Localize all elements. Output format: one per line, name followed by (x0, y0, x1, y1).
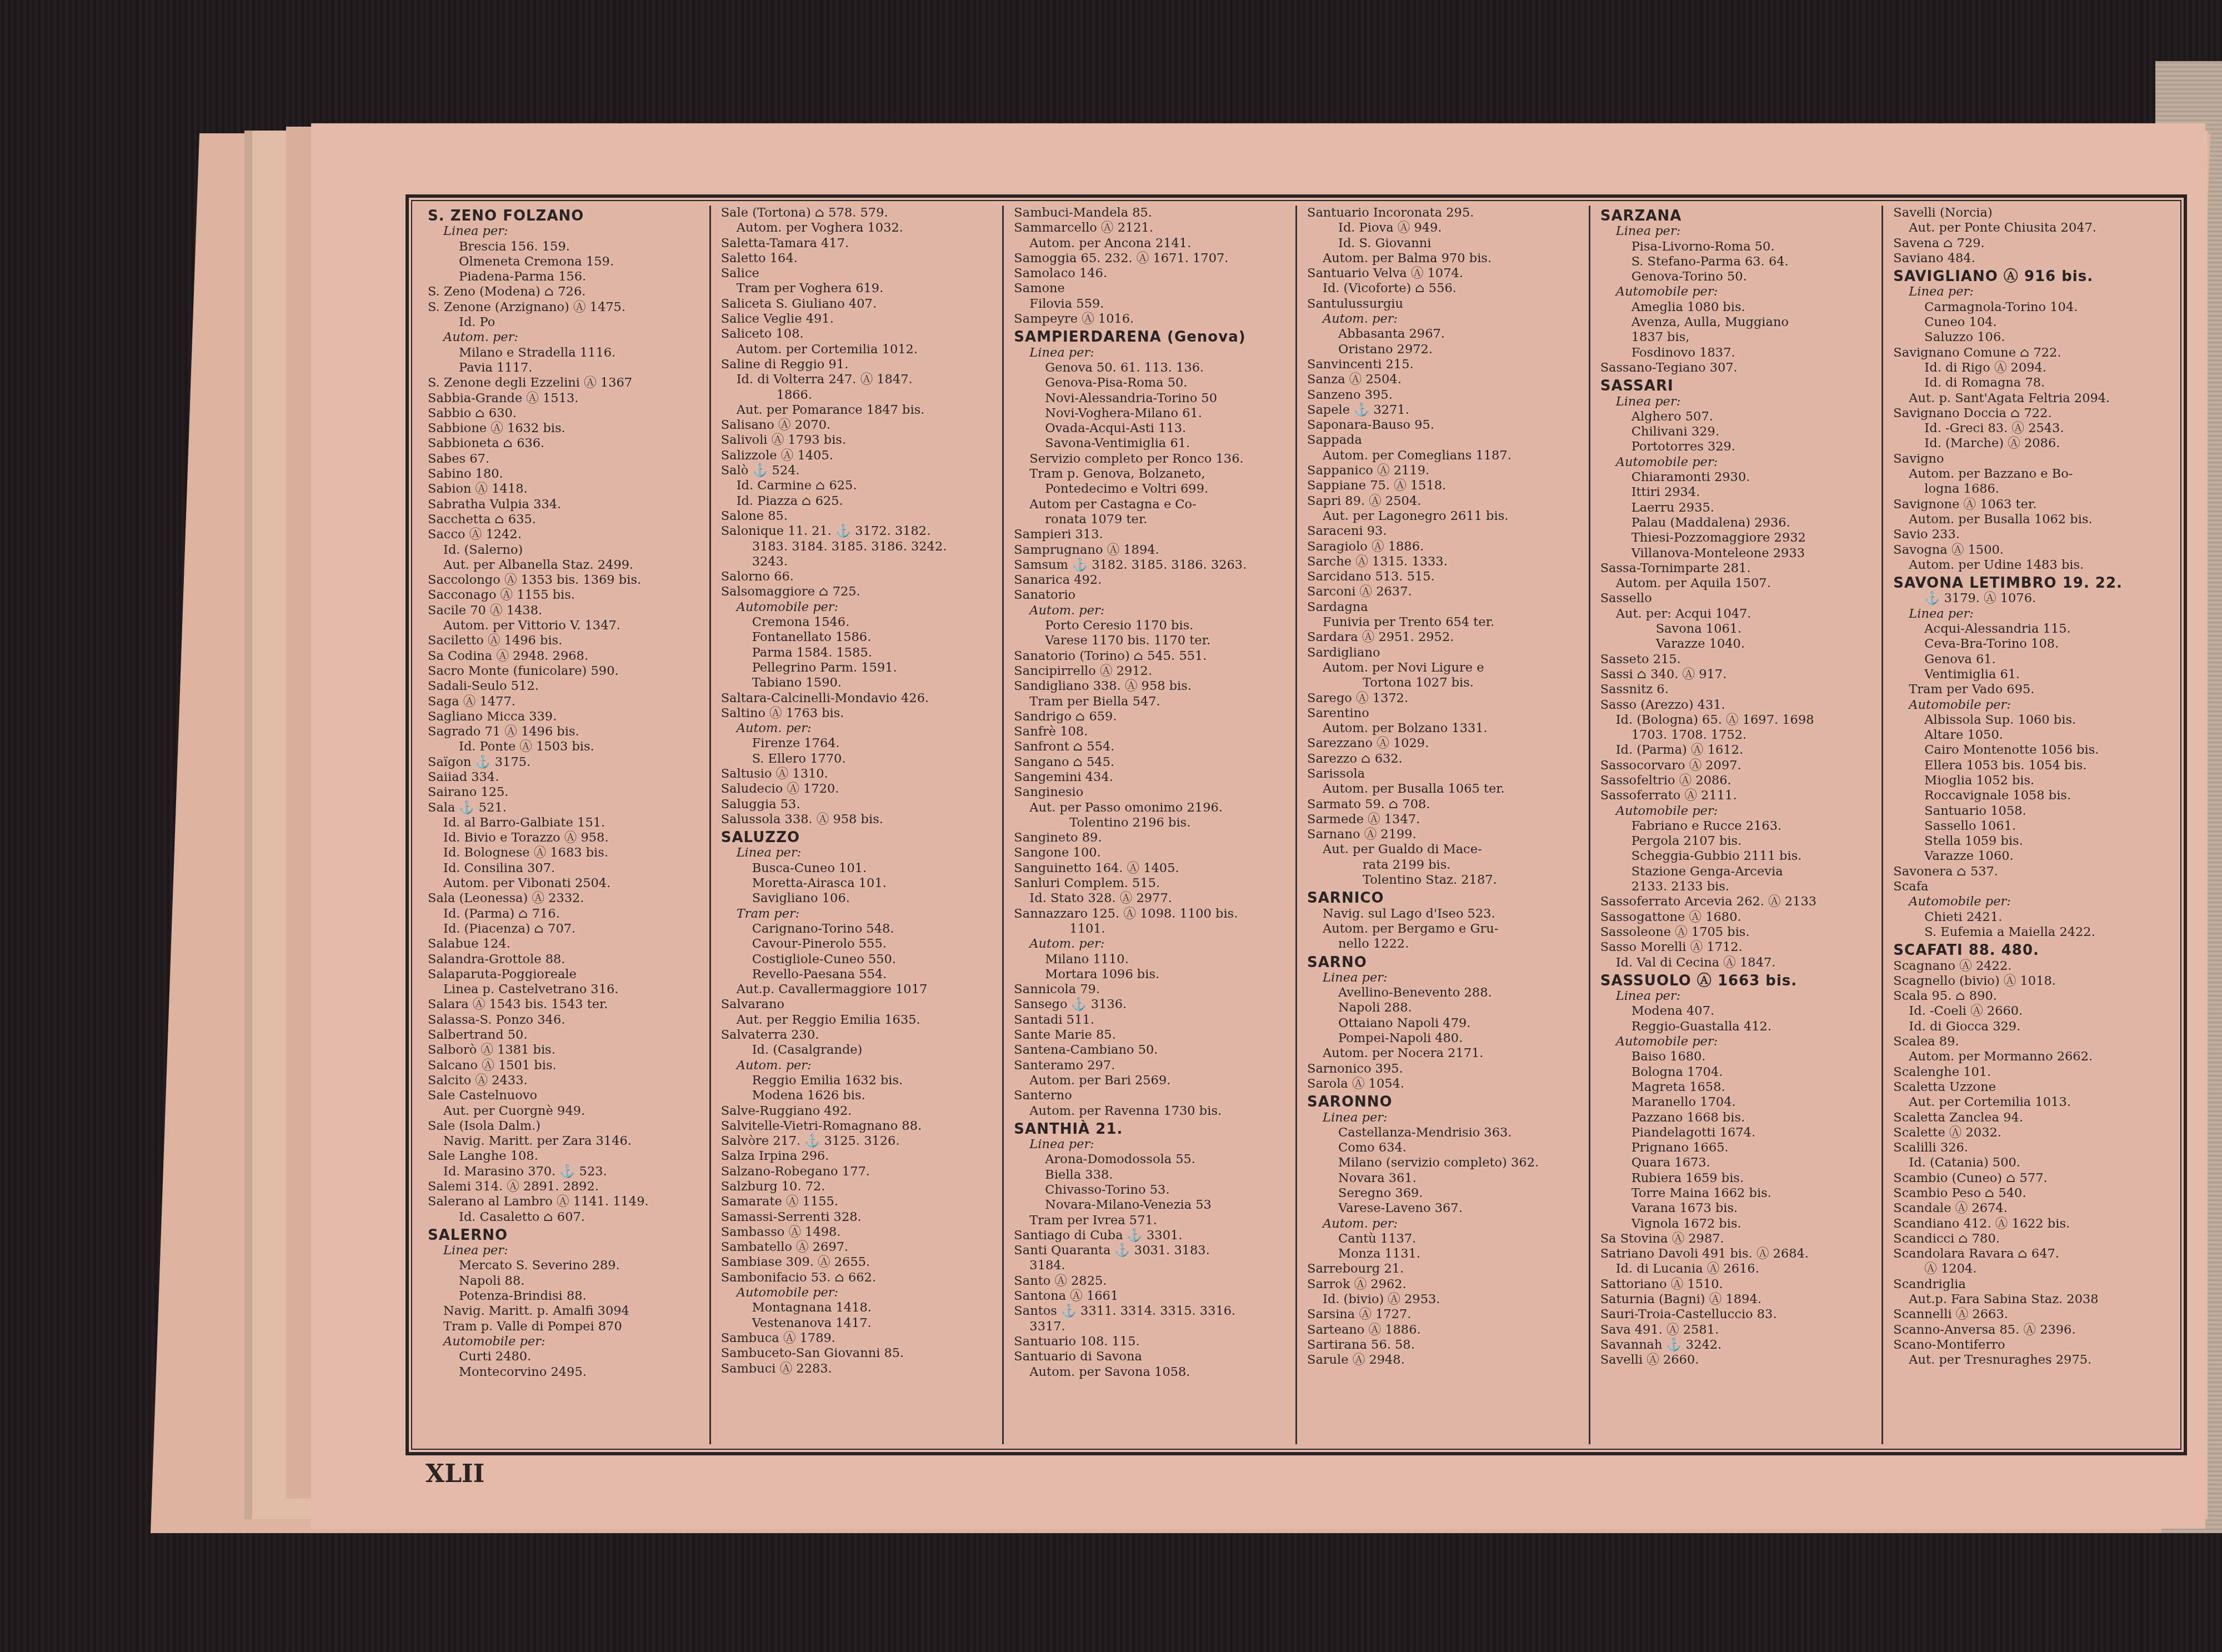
index-entry: Sadali-Seulo 512. (428, 679, 704, 694)
index-entry: Tabiano 1590. (721, 675, 997, 690)
index-entry: Salassa-S. Ponzo 346. (428, 1013, 704, 1028)
index-entry: Varese 1170 bis. 1170 ter. (1014, 633, 1290, 648)
index-entry: Id. di Romagna 78. (1893, 376, 2169, 391)
index-entry: Sacro Monte (funicolare) 590. (428, 664, 704, 679)
index-entry: S. Ellero 1770. (721, 752, 997, 767)
index-entry: Id. -Coeli Ⓐ 2660. (1893, 1004, 2169, 1019)
index-entry: Scandicci ⌂ 780. (1893, 1232, 2169, 1246)
index-entry: Autom. per: (1307, 312, 1583, 327)
index-entry: 3243. (721, 554, 997, 569)
index-entry: 3184. (1014, 1258, 1290, 1273)
index-entry: Savigliano 106. (721, 891, 997, 906)
index-entry: Automobile per: (1600, 804, 1876, 819)
index-entry: Chiaramonti 2930. (1600, 470, 1876, 485)
index-entry: Sabbio ⌂ 630. (428, 406, 704, 421)
section-heading: SALERNO (428, 1228, 704, 1243)
index-entry: Sale Castelnuovo (428, 1088, 704, 1103)
index-entry: Linea per: (721, 845, 997, 860)
index-entry: Tram p. Genova, Bolzaneto, (1014, 467, 1290, 482)
index-entry: Scandale Ⓐ 2674. (1893, 1201, 2169, 1216)
index-entry: Sanfront ⌂ 554. (1014, 739, 1290, 754)
section-heading: SALUZZO (721, 830, 997, 845)
index-entry: Linea per: (1893, 284, 2169, 299)
index-entry: Chieti 2421. (1893, 910, 2169, 925)
index-entry: Sarnano Ⓐ 2199. (1307, 827, 1583, 842)
index-entry: Saga Ⓐ 1477. (428, 694, 704, 709)
index-entry: Salzburg 10. 72. (721, 1179, 997, 1194)
index-entry: Id. al Barro-Galbiate 151. (428, 815, 704, 830)
index-entry: Quara 1673. (1600, 1155, 1876, 1170)
index-column-4: Santuario Incoronata 295.Id. Piova Ⓐ 949… (1295, 206, 1589, 1444)
index-entry: Sacchetta ⌂ 635. (428, 512, 704, 527)
index-entry: Santi Quaranta ⚓ 3031. 3183. (1014, 1243, 1290, 1258)
index-entry: Novi-Alessandria-Torino 50 (1014, 391, 1290, 406)
index-entry: Santiago di Cuba ⚓ 3301. (1014, 1228, 1290, 1243)
index-columns: S. ZENO FOLZANOLinea per:Brescia 156. 15… (418, 206, 2175, 1444)
index-entry: Saviano 484. (1893, 251, 2169, 266)
index-entry: Sale Langhe 108. (428, 1149, 704, 1164)
index-entry: Autom. per Bolzano 1331. (1307, 721, 1583, 736)
index-entry: Sambonifacio 53. ⌂ 662. (721, 1270, 997, 1285)
index-entry: Funivia per Trento 654 ter. (1307, 615, 1583, 630)
index-entry: Sarcidano 513. 515. (1307, 569, 1583, 584)
index-entry: Albissola Sup. 1060 bis. (1893, 713, 2169, 728)
index-entry: Aut. per: Acqui 1047. (1600, 607, 1876, 622)
index-entry: Salvitelle-Vietri-Romagnano 88. (721, 1119, 997, 1134)
index-entry: Salbertrand 50. (428, 1028, 704, 1043)
index-entry: Salerano al Lambro Ⓐ 1141. 1149. (428, 1194, 704, 1209)
index-entry: Aut. per Albanella Staz. 2499. (428, 558, 704, 573)
index-entry: Moretta-Airasca 101. (721, 876, 997, 891)
index-entry: Genova-Torino 50. (1600, 269, 1876, 284)
index-entry: Salara Ⓐ 1543 bis. 1543 ter. (428, 997, 704, 1012)
index-entry: Salcano Ⓐ 1501 bis. (428, 1058, 704, 1073)
index-entry: Autom. per Bazzano e Bo- (1893, 467, 2169, 482)
index-entry: Magreta 1658. (1600, 1080, 1876, 1095)
index-entry: Ameglia 1080 bis. (1600, 300, 1876, 315)
index-entry: Id. (Vicoforte) ⌂ 556. (1307, 281, 1583, 296)
index-entry: Maranello 1704. (1600, 1095, 1876, 1110)
index-entry: Sa Stovina Ⓐ 2987. (1600, 1232, 1876, 1246)
index-entry: Sambuca Ⓐ 1789. (721, 1331, 997, 1346)
index-entry: Torre Maina 1662 bis. (1600, 1186, 1876, 1201)
index-entry: Savona 1061. (1600, 622, 1876, 637)
index-entry: Sasso Morelli Ⓐ 1712. (1600, 940, 1876, 955)
index-entry: Sanvincenti 215. (1307, 357, 1583, 372)
index-entry: Id. Carmine ⌂ 625. (721, 478, 997, 493)
index-entry: Savio 233. (1893, 527, 2169, 542)
index-entry: 1703. 1708. 1752. (1600, 728, 1876, 743)
index-entry: Salonique 11. 21. ⚓ 3172. 3182. (721, 524, 997, 539)
index-entry: Cantù 1137. (1307, 1232, 1583, 1246)
index-entry: Automobile per: (1600, 284, 1876, 299)
index-entry: Aut.p. Cavallermaggiore 1017 (721, 982, 997, 997)
index-entry: Sartirana 56. 58. (1307, 1338, 1583, 1353)
index-entry: nello 1222. (1307, 937, 1583, 952)
index-entry: Satriano Davoli 491 bis. Ⓐ 2684. (1600, 1246, 1876, 1261)
index-entry: S. Zeno (Modena) ⌂ 726. (428, 284, 704, 299)
index-entry: Autom. per Vibonati 2504. (428, 876, 704, 891)
index-entry: Saïgon ⚓ 3175. (428, 755, 704, 770)
index-entry: Napoli 288. (1307, 1000, 1583, 1015)
index-entry: Scaletta Uzzone (1893, 1080, 2169, 1095)
index-entry: Olmeneta Cremona 159. (428, 254, 704, 269)
index-entry: Santuario Incoronata 295. (1307, 206, 1583, 221)
index-entry: Sandigliano 338. Ⓐ 958 bis. (1014, 679, 1290, 694)
index-entry: Scalilli 326. (1893, 1140, 2169, 1155)
index-entry: Sagliano Micca 339. (428, 709, 704, 724)
index-entry: Laerru 2935. (1600, 500, 1876, 515)
index-entry: Cremona 1546. (721, 615, 997, 630)
index-entry: Saturnia (Bagni) Ⓐ 1894. (1600, 1292, 1876, 1307)
index-entry: Sassoferrato Arcevia 262. Ⓐ 2133 (1600, 894, 1876, 909)
index-entry: Milano (servizio completo) 362. (1307, 1155, 1583, 1170)
index-entry: Salò ⚓ 524. (721, 463, 997, 478)
index-entry: Autom. per: (428, 330, 704, 345)
index-entry: Sannicola 79. (1014, 982, 1290, 997)
index-entry: Autom. per Comeglians 1187. (1307, 448, 1583, 463)
index-entry: Genova-Pisa-Roma 50. (1014, 376, 1290, 391)
index-entry: Id. Piova Ⓐ 949. (1307, 221, 1583, 236)
index-entry: Alghero 507. (1600, 409, 1876, 424)
index-entry: S. Zenone degli Ezzelini Ⓐ 1367 (428, 376, 704, 391)
index-entry: Savonera ⌂ 537. (1893, 864, 2169, 879)
index-entry: Stella 1059 bis. (1893, 834, 2169, 849)
index-entry: Brescia 156. 159. (428, 239, 704, 254)
index-entry: Parma 1584. 1585. (721, 645, 997, 660)
index-entry: S. Zenone (Arzignano) Ⓐ 1475. (428, 300, 704, 315)
index-entry: Varazze 1040. (1600, 637, 1876, 652)
index-entry: Sarconi Ⓐ 2637. (1307, 584, 1583, 599)
index-entry: Sacco Ⓐ 1242. (428, 527, 704, 542)
index-entry: Sante Marie 85. (1014, 1028, 1290, 1043)
index-entry: Id. Consilina 307. (428, 861, 704, 876)
index-entry: Bologna 1704. (1600, 1065, 1876, 1080)
index-entry: Pavia 1117. (428, 361, 704, 376)
index-entry: 3183. 3184. 3185. 3186. 3242. (721, 539, 997, 554)
index-entry: Vignola 1672 bis. (1600, 1217, 1876, 1232)
index-entry: Saiiad 334. (428, 770, 704, 785)
index-entry: 1837 bis, (1600, 330, 1876, 345)
index-entry: Santulussurgiu (1307, 297, 1583, 312)
index-entry: Sangineto 89. (1014, 830, 1290, 845)
index-entry: Saletta-Tamara 417. (721, 236, 997, 251)
index-entry: Sarsina Ⓐ 1727. (1307, 1307, 1583, 1322)
index-entry: Sanguinetto 164. Ⓐ 1405. (1014, 861, 1290, 876)
index-entry: Tram p. Valle di Pompei 870 (428, 1319, 704, 1334)
index-entry: Sarmato 59. ⌂ 708. (1307, 797, 1583, 812)
index-entry: Id. (Parma) ⌂ 716. (428, 907, 704, 922)
index-entry: Sangemini 434. (1014, 770, 1290, 785)
index-entry: Salza Irpina 296. (721, 1149, 997, 1164)
index-entry: Saluzzo 106. (1893, 330, 2169, 345)
index-entry: Linea per: (1307, 1110, 1583, 1125)
index-entry: Sassoleone Ⓐ 1705 bis. (1600, 925, 1876, 940)
index-entry: Pompei-Napoli 480. (1307, 1031, 1583, 1046)
index-entry: Mioglia 1052 bis. (1893, 773, 2169, 788)
index-entry: Salvarano (721, 997, 997, 1012)
index-entry: Sasseto 215. (1600, 652, 1876, 667)
index-entry: Savannah ⚓ 3242. (1600, 1338, 1876, 1353)
index-entry: Ovada-Acqui-Asti 113. (1014, 421, 1290, 436)
index-entry: Automobile per: (721, 600, 997, 615)
index-entry: Linea per: (1307, 970, 1583, 985)
index-entry: Sangone 100. (1014, 845, 1290, 860)
index-entry: Tram per Vado 695. (1893, 682, 2169, 697)
index-entry: Id. Bolognese Ⓐ 1683 bis. (428, 845, 704, 860)
index-entry: Santuario Velva Ⓐ 1074. (1307, 266, 1583, 281)
index-entry: Abbasanta 2967. (1307, 327, 1583, 342)
index-entry: Vestenanova 1417. (721, 1316, 997, 1331)
index-entry: Sanluri Complem. 515. (1014, 876, 1290, 891)
index-entry: Salve-Ruggiano 492. (721, 1104, 997, 1119)
index-entry: Sansego ⚓ 3136. (1014, 997, 1290, 1012)
index-entry: Scandriglia (1893, 1277, 2169, 1292)
index-entry: Aut. per Lagonegro 2611 bis. (1307, 509, 1583, 524)
index-entry: Id. (Marche) Ⓐ 2086. (1893, 436, 2169, 451)
index-entry: Saltara-Calcinelli-Mondavio 426. (721, 691, 997, 706)
index-entry: Santena-Cambiano 50. (1014, 1043, 1290, 1058)
section-heading: SAMPIERDARENA (Genova) (1014, 330, 1290, 345)
index-entry: Linea per: (1893, 607, 2169, 622)
index-entry: Sala ⚓ 521. (428, 800, 704, 815)
index-entry: Saliceta S. Giuliano 407. (721, 297, 997, 312)
index-entry: Tortona 1027 bis. (1307, 675, 1583, 690)
index-entry: Scagnano Ⓐ 2422. (1893, 959, 2169, 974)
index-entry: Sabratha Vulpia 334. (428, 497, 704, 512)
index-entry: Santadi 511. (1014, 1013, 1290, 1028)
index-entry: Altare 1050. (1893, 728, 2169, 743)
index-entry: Saraceni 93. (1307, 524, 1583, 539)
index-entry: Autom. per Voghera 1032. (721, 221, 997, 236)
index-entry: Scandolara Ravara ⌂ 647. (1893, 1246, 2169, 1261)
index-entry: Saltino Ⓐ 1763 bis. (721, 706, 997, 721)
index-entry: Tram per Voghera 619. (721, 281, 997, 296)
index-entry: Sanatorio (1014, 588, 1290, 603)
index-entry: Salussola 338. Ⓐ 958 bis. (721, 812, 997, 827)
index-column-2: Sale (Tortona) ⌂ 578. 579.Autom. per Vog… (709, 206, 1003, 1444)
index-entry: Salizzole Ⓐ 1405. (721, 448, 997, 463)
index-entry: Sambatello Ⓐ 2697. (721, 1240, 997, 1255)
index-entry: Sasso (Arezzo) 431. (1600, 698, 1876, 713)
index-entry: Autom. per: (1307, 1217, 1583, 1232)
index-entry: Salvòre 217. ⚓ 3125. 3126. (721, 1134, 997, 1149)
index-entry: Sarego Ⓐ 1372. (1307, 691, 1583, 706)
index-entry: Sanfrè 108. (1014, 724, 1290, 739)
index-entry: Id. Marasino 370. ⚓ 523. (428, 1164, 704, 1179)
index-entry: Carmagnola-Torino 104. (1893, 300, 2169, 315)
index-entry: Sassofeltrio Ⓐ 2086. (1600, 773, 1876, 788)
index-entry: Sangano ⌂ 545. (1014, 755, 1290, 770)
section-heading: SANTHIÀ 21. (1014, 1122, 1290, 1137)
index-entry: Potenza-Brindisi 88. (428, 1289, 704, 1304)
index-entry: Santeramo 297. (1014, 1058, 1290, 1073)
index-entry: Salisano Ⓐ 2070. (721, 418, 997, 433)
index-entry: Scanno-Anversa 85. Ⓐ 2396. (1893, 1323, 2169, 1338)
index-entry: Sampieri 313. (1014, 527, 1290, 542)
index-entry: Sammarcello Ⓐ 2121. (1014, 221, 1290, 236)
index-entry: Reggio-Guastalla 412. (1600, 1019, 1876, 1034)
index-entry: Savigno (1893, 452, 2169, 467)
index-entry: Autom. per Aquila 1507. (1600, 576, 1876, 591)
index-entry: Sambiase 309. Ⓐ 2655. (721, 1255, 997, 1270)
index-entry: Sa Codina Ⓐ 2948. 2968. (428, 649, 704, 664)
index-entry: Chivasso-Torino 53. (1014, 1183, 1290, 1198)
index-entry: Modena 407. (1600, 1004, 1876, 1019)
index-entry: Autom. per Busalla 1062 bis. (1893, 512, 2169, 527)
index-entry: Ellera 1053 bis. 1054 bis. (1893, 758, 2169, 773)
index-entry: Acqui-Alessandria 115. (1893, 622, 2169, 637)
index-entry: Tram per: (721, 907, 997, 922)
index-entry: Aut. per Cortemilia 1013. (1893, 1095, 2169, 1110)
index-entry: Filovia 559. (1014, 297, 1290, 312)
index-entry: Salivoli Ⓐ 1793 bis. (721, 433, 997, 448)
index-entry: Sannazzaro 125. Ⓐ 1098. 1100 bis. (1014, 907, 1290, 922)
index-entry: Sardara Ⓐ 2951. 2952. (1307, 630, 1583, 645)
index-entry: Navig. sul Lago d'Iseo 523. (1307, 907, 1583, 922)
index-entry: Sancipirrello Ⓐ 2912. (1014, 664, 1290, 679)
index-entry: Sambuceto-San Giovanni 85. (721, 1346, 997, 1361)
index-entry: S. Eufemia a Maiella 2422. (1893, 925, 2169, 940)
index-entry: Linea per: (1600, 394, 1876, 409)
index-entry: Salzano-Robegano 177. (721, 1164, 997, 1179)
index-entry: Milano e Stradella 1116. (428, 346, 704, 361)
index-entry: Salone 85. (721, 509, 997, 524)
index-entry: Savogna Ⓐ 1500. (1893, 543, 2169, 558)
index-entry: Rubiera 1659 bis. (1600, 1171, 1876, 1186)
index-entry: Costigliole-Cuneo 550. (721, 952, 997, 967)
index-entry: Navig. Maritt. per Zara 3146. (428, 1134, 704, 1149)
index-entry: Sassoferrato Ⓐ 2111. (1600, 788, 1876, 803)
index-entry: Tram per Biella 547. (1014, 694, 1290, 709)
index-entry: Scandiano 412. Ⓐ 1622 bis. (1893, 1217, 2169, 1232)
index-entry: Savelli Ⓐ 2660. (1600, 1353, 1876, 1368)
index-entry: Automobile per: (721, 1285, 997, 1300)
index-entry: Autom. per: (721, 1058, 997, 1073)
index-entry: Curti 2480. (428, 1349, 704, 1364)
index-entry: Napoli 88. (428, 1274, 704, 1289)
index-entry: Salvaterra 230. (721, 1028, 997, 1043)
index-entry: 1866. (721, 388, 997, 403)
section-heading: SAVIGLIANO Ⓐ 916 bis. (1893, 269, 2169, 284)
index-entry: Salabue 124. (428, 937, 704, 952)
index-frame: S. ZENO FOLZANOLinea per:Brescia 156. 15… (406, 194, 2187, 1455)
index-entry: Modena 1626 bis. (721, 1088, 997, 1103)
index-entry: Sassa-Tornimparte 281. (1600, 561, 1876, 576)
index-entry: Sale (Tortona) ⌂ 578. 579. (721, 206, 997, 221)
index-entry: Id. di Rigo Ⓐ 2094. (1893, 361, 2169, 376)
index-entry: Autom. per Novi Ligure e (1307, 660, 1583, 675)
index-entry: Sabion Ⓐ 1418. (428, 482, 704, 497)
index-entry: Samone (1014, 281, 1290, 296)
index-entry: Id. (Bologna) 65. Ⓐ 1697. 1698 (1600, 713, 1876, 728)
index-entry: Saludecio Ⓐ 1720. (721, 782, 997, 797)
index-entry: Ottaiano Napoli 479. (1307, 1016, 1583, 1031)
index-entry: Milano 1110. (1014, 952, 1290, 967)
index-entry: Stazione Genga-Arcevia (1600, 864, 1876, 879)
index-entry: Palau (Maddalena) 2936. (1600, 515, 1876, 530)
index-entry: rata 2199 bis. (1307, 858, 1583, 873)
index-entry: Avenza, Aulla, Muggiano (1600, 315, 1876, 330)
section-heading: SCAFATI 88. 480. (1893, 943, 2169, 958)
index-entry: Scalea 89. (1893, 1034, 2169, 1049)
index-entry: Samassi-Serrenti 328. (721, 1210, 997, 1225)
index-entry: Sarola Ⓐ 1054. (1307, 1077, 1583, 1092)
index-entry: Sagrado 71 Ⓐ 1496 bis. (428, 724, 704, 739)
index-entry: Sassocorvaro Ⓐ 2097. (1600, 758, 1876, 773)
index-entry: Aut. p. Sant'Agata Feltria 2094. (1893, 391, 2169, 406)
index-entry: Id. Piazza ⌂ 625. (721, 494, 997, 509)
index-entry: Sassnitz 6. (1600, 682, 1876, 697)
index-entry: Firenze 1764. (721, 736, 997, 751)
index-entry: Sarteano Ⓐ 1886. (1307, 1323, 1583, 1338)
index-entry: Autom. per Nocera 2171. (1307, 1046, 1583, 1061)
index-entry: Id. Po (428, 315, 704, 330)
index-entry: Sanza Ⓐ 2504. (1307, 372, 1583, 387)
index-entry: Samsum ⚓ 3182. 3185. 3186. 3263. (1014, 558, 1290, 573)
index-entry: Genova 61. (1893, 652, 2169, 667)
index-entry: Salsomaggiore ⌂ 725. (721, 584, 997, 599)
index-entry: Fabriano e Rucce 2163. (1600, 819, 1876, 834)
index-entry: Sacile 70 Ⓐ 1438. (428, 603, 704, 618)
index-entry: Aut. per Pomarance 1847 bis. (721, 403, 997, 418)
index-entry: Novara-Milano-Venezia 53 (1014, 1198, 1290, 1213)
index-entry: Pazzano 1668 bis. (1600, 1110, 1876, 1125)
index-entry: Varese-Laveno 367. (1307, 1201, 1583, 1216)
index-entry: Scheggia-Gubbio 2111 bis. (1600, 849, 1876, 864)
index-entry: Aut. per Gualdo di Mace- (1307, 842, 1583, 857)
index-entry: Ⓐ 1204. (1893, 1261, 2169, 1276)
index-entry: Sairano 125. (428, 785, 704, 800)
section-heading: SARNICO (1307, 891, 1583, 906)
index-entry: Sala (Leonessa) Ⓐ 2332. (428, 891, 704, 906)
index-entry: Sava 491. Ⓐ 2581. (1600, 1323, 1876, 1338)
index-entry: Sale (Isola Dalm.) (428, 1119, 704, 1134)
index-entry: Autom. per: (1014, 603, 1290, 618)
index-entry: Seregno 369. (1307, 1186, 1583, 1201)
index-entry: ⚓ 3179. Ⓐ 1076. (1893, 591, 2169, 606)
index-entry: Savona-Ventimiglia 61. (1014, 436, 1290, 451)
index-entry: Pisa-Livorno-Roma 50. (1600, 239, 1876, 254)
index-entry: Autom. per Cortemilia 1012. (721, 342, 997, 357)
index-entry: Como 634. (1307, 1140, 1583, 1155)
index-entry: Cairo Montenotte 1056 bis. (1893, 743, 2169, 758)
index-entry: Ventimiglia 61. (1893, 667, 2169, 682)
index-entry: Saluggia 53. (721, 797, 997, 812)
index-entry: Automobile per: (1600, 455, 1876, 470)
section-heading: SASSUOLO Ⓐ 1663 bis. (1600, 974, 1876, 989)
index-entry: Santo Ⓐ 2825. (1014, 1274, 1290, 1289)
index-entry: Autom. per Ancona 2141. (1014, 236, 1290, 251)
index-entry: Sassello (1600, 591, 1876, 606)
index-entry: Oristano 2972. (1307, 342, 1583, 357)
index-entry: Castellanza-Mendrisio 363. (1307, 1125, 1583, 1140)
index-entry: Automobile per: (1893, 894, 2169, 909)
index-entry: Linea per: (1014, 346, 1290, 361)
index-entry: Aut. per Reggio Emilia 1635. (721, 1013, 997, 1028)
index-entry: Pergola 2107 bis. (1600, 834, 1876, 849)
index-entry: Aut. per Passo omonimo 2196. (1014, 800, 1290, 815)
index-entry: Tram per Ivrea 571. (1014, 1213, 1290, 1228)
index-entry: Ittiri 2934. (1600, 485, 1876, 500)
index-entry: Salorno 66. (721, 569, 997, 584)
index-entry: Sambuci Ⓐ 2283. (721, 1361, 997, 1376)
index-entry: Montagnana 1418. (721, 1300, 997, 1315)
index-entry: Savignano Doccia ⌂ 722. (1893, 406, 2169, 421)
index-entry: Avellino-Benevento 288. (1307, 985, 1583, 1000)
index-entry: Montecorvino 2495. (428, 1365, 704, 1380)
index-entry: Linea per: (1600, 224, 1876, 239)
